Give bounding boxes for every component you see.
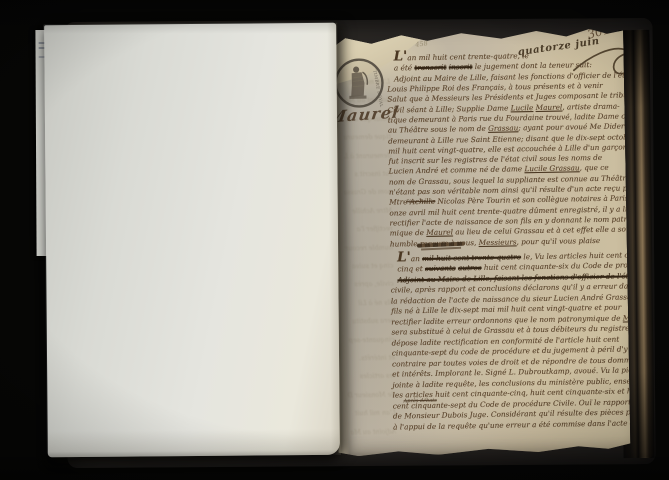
bleedthrough-line: cinquante-sep [338,335,394,344]
bleedthrough-line: fils né à Lil [338,298,394,307]
bleedthrough-line: les articles [339,372,395,381]
bleedthrough-line: Mtre Achille [336,206,392,215]
bleedthrough-line: humble recour [337,243,393,252]
manuscript-paragraph: L'an mil huit cent trente-quatre, lea ét… [387,47,628,249]
manuscript-paragraph: L'an mil huit cent trente-quatre le, Vu … [390,248,631,432]
pencil-foliation: 458 [415,39,428,48]
strike-scribble [417,242,465,248]
bleedthrough-line: L'an mil huit [340,409,396,418]
interline-insertion: Après débats [404,398,437,405]
bleedthrough-line: Adjoint au Ma [340,427,396,436]
bleedthrough-line: tique demeura [335,133,391,142]
bleedthrough-line: demeurant à L [335,151,391,160]
manuscript-page: L'an mil huitAdjoint au MaSalut que à Mt… [331,27,630,456]
revenue-stamp-icon: TIMBRE ROYAL [332,56,387,111]
bleedthrough-line: civile, après [337,280,393,289]
bleedthrough-line: et intérêts. [339,353,395,362]
blank-page [44,23,340,458]
bleedthrough-line: sera substitu [338,317,394,326]
bleedthrough-line: fut inscrit s [336,170,392,179]
bleedthrough-line: de Monsieur D [339,390,395,399]
photo-backdrop: L'an mil huitAdjoint au MaSalut que à Mt… [0,0,669,480]
bleedthrough-line: cinq et suiva [337,261,393,270]
bleedthrough-line: rectifier l'a [337,225,393,234]
interline-insertion: Père Tourin [406,199,436,206]
bleedthrough-line: nom de Grassa [336,188,392,197]
